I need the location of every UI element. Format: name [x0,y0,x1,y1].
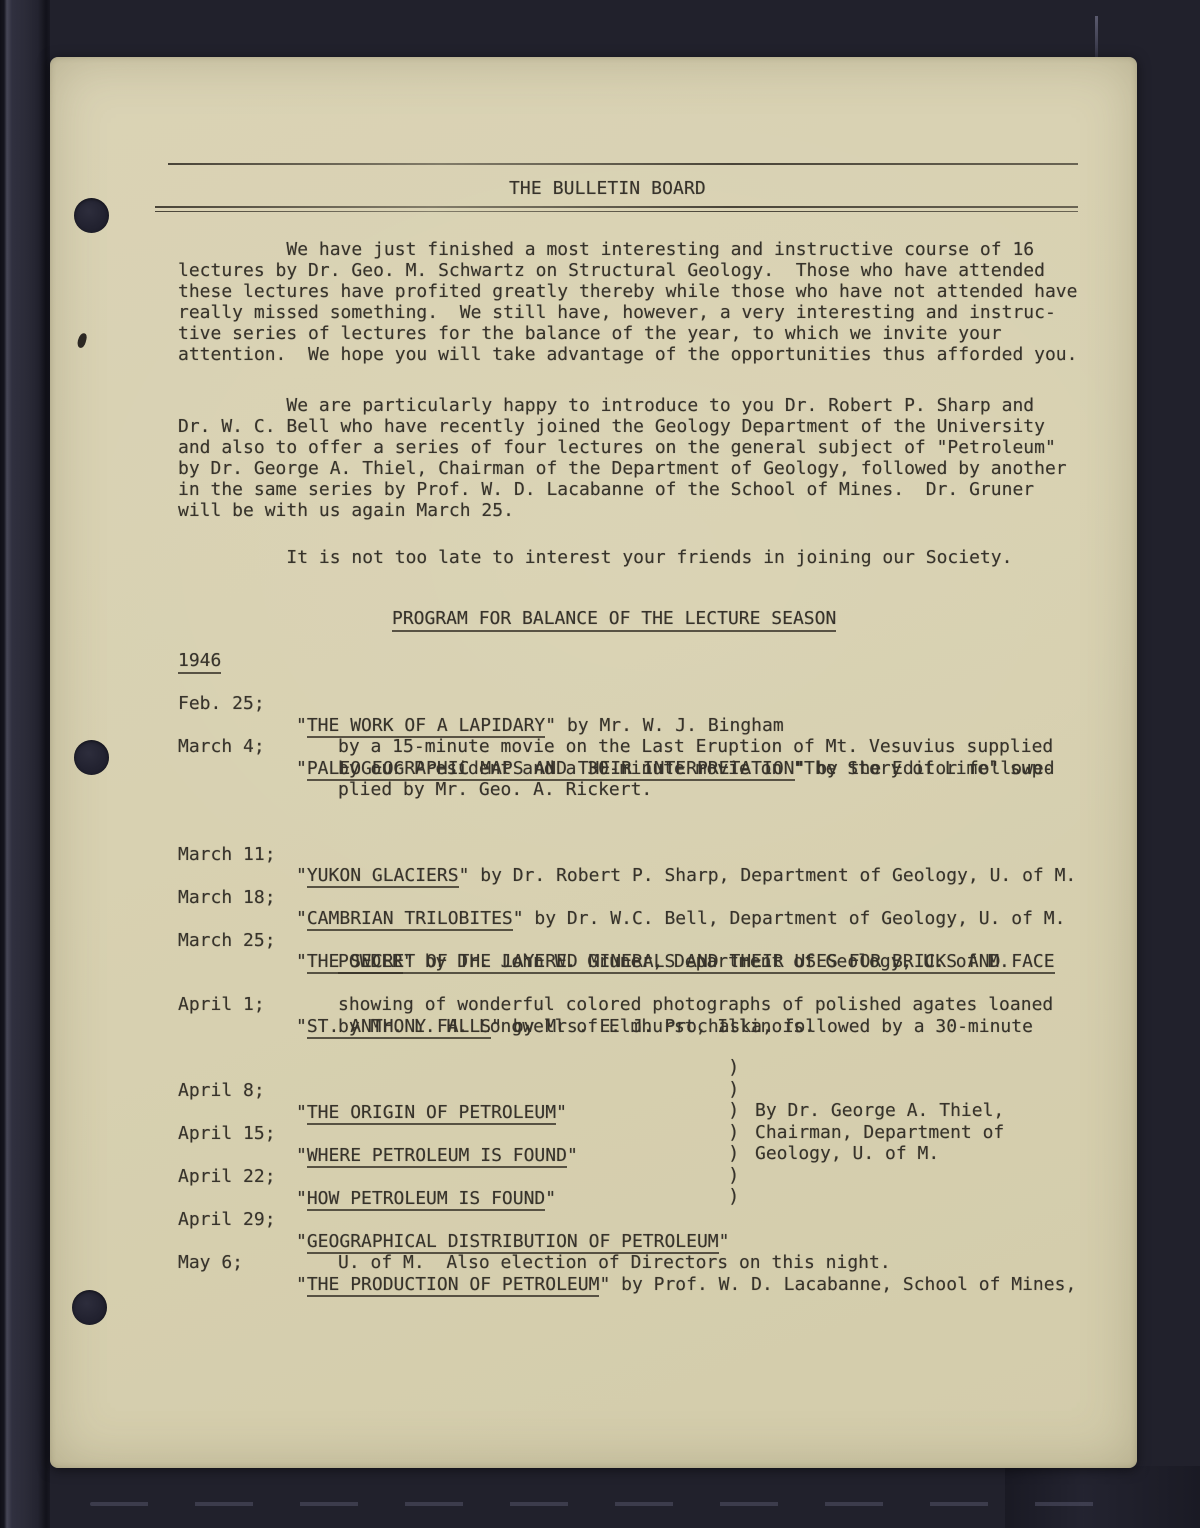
scan-artifact-dashes [90,1502,1100,1506]
entry-continuation: plied by Mr. Geo. A. Rickert. [178,779,1137,801]
entry-continuation: by a 15-minute movie on the Last Eruptio… [178,736,1137,758]
invitation-paragraph: It is not too late to interest your frie… [178,547,1012,568]
entry-date: March 18; [178,887,276,909]
program-entry-may-6: May 6; "THE PRODUCTION OF PETROLEUM" by … [178,1231,1137,1253]
program-entry-march-18: March 18; "CAMBRIAN TRILOBITES" by Dr. W… [178,865,1137,887]
entry-continuation: by our President and a 30-minute movie o… [178,758,1137,780]
entry-date: March 11; [178,844,276,866]
entry-date: Feb. 25; [178,693,265,715]
grouping-bracket: ) ) ) ) ) ) ) [728,1057,739,1208]
entry-continuation: showing of wonderful colored photographs… [178,994,1137,1016]
lecture-title: THE PRODUCTION OF PETROLEUM [307,1274,600,1297]
program-heading: PROGRAM FOR BALANCE OF THE LECTURE SEASO… [392,608,836,629]
speakers-paragraph: We are particularly happy to introduce t… [178,395,1067,521]
entry-date: April 15; [178,1123,276,1145]
program-entry-feb-25: Feb. 25; "THE WORK OF A LAPIDARY" by Mr.… [178,672,1137,694]
bracket-note: By Dr. George A. Thiel, Chairman, Depart… [755,1100,1004,1165]
entry-continuation: POWDER" by Dr. John W. Gruner, Departmen… [178,930,1137,952]
entry-continuation: by Mr. L. H. Longwell of Elmhurst, Illin… [178,1016,1137,1038]
program-entry-april-1: April 1; "ST. ANTHONY FALLS" by Mrs. E. … [178,973,1137,995]
intro-paragraph: We have just finished a most interesting… [178,239,1077,365]
hole-punch [72,1290,107,1325]
entry-continuation: U. of M. Also election of Directors on t… [178,1252,1137,1274]
double-rule-upper [155,206,1078,208]
lecture-title: POWDER [338,951,403,974]
document-page: THE BULLETIN BOARD We have just finished… [50,57,1137,1468]
scan-artifact-blocks [1005,1466,1200,1528]
program-year: 1946 [178,650,221,674]
ink-smudge [76,332,87,348]
program-entry-april-8: April 8; "THE ORIGIN OF PETROLEUM" [178,1059,1137,1081]
hole-punch [74,198,109,233]
entry-date: April 22; [178,1166,276,1188]
book-spine [0,0,50,1528]
double-rule-lower [155,211,1078,212]
program-entry-march-11: March 11; "YUKON GLACIERS" by Dr. Robert… [178,822,1137,844]
program-entry-april-29: April 29; "GEOGRAPHICAL DISTRIBUTION OF … [178,1188,1137,1210]
entry-date: April 29; [178,1209,276,1231]
hole-punch [74,740,109,775]
entry-date: April 8; [178,1080,265,1102]
page-title: THE BULLETIN BOARD [509,178,706,199]
program-list: 1946 Feb. 25; "THE WORK OF A LAPIDARY" b… [178,650,1137,1295]
scan-background: THE BULLETIN BOARD We have just finished… [0,0,1200,1528]
top-rule [168,163,1078,165]
program-year-line: 1946 [178,650,1137,672]
scan-artifact-tick [1095,16,1098,58]
program-entry-march-25: March 25; "THE SECRET OF THE LAYERED MIN… [178,908,1137,930]
program-entry-march-4: March 4; "PALEOGEOGRAPHIC MAPS AND THEIR… [178,715,1137,737]
